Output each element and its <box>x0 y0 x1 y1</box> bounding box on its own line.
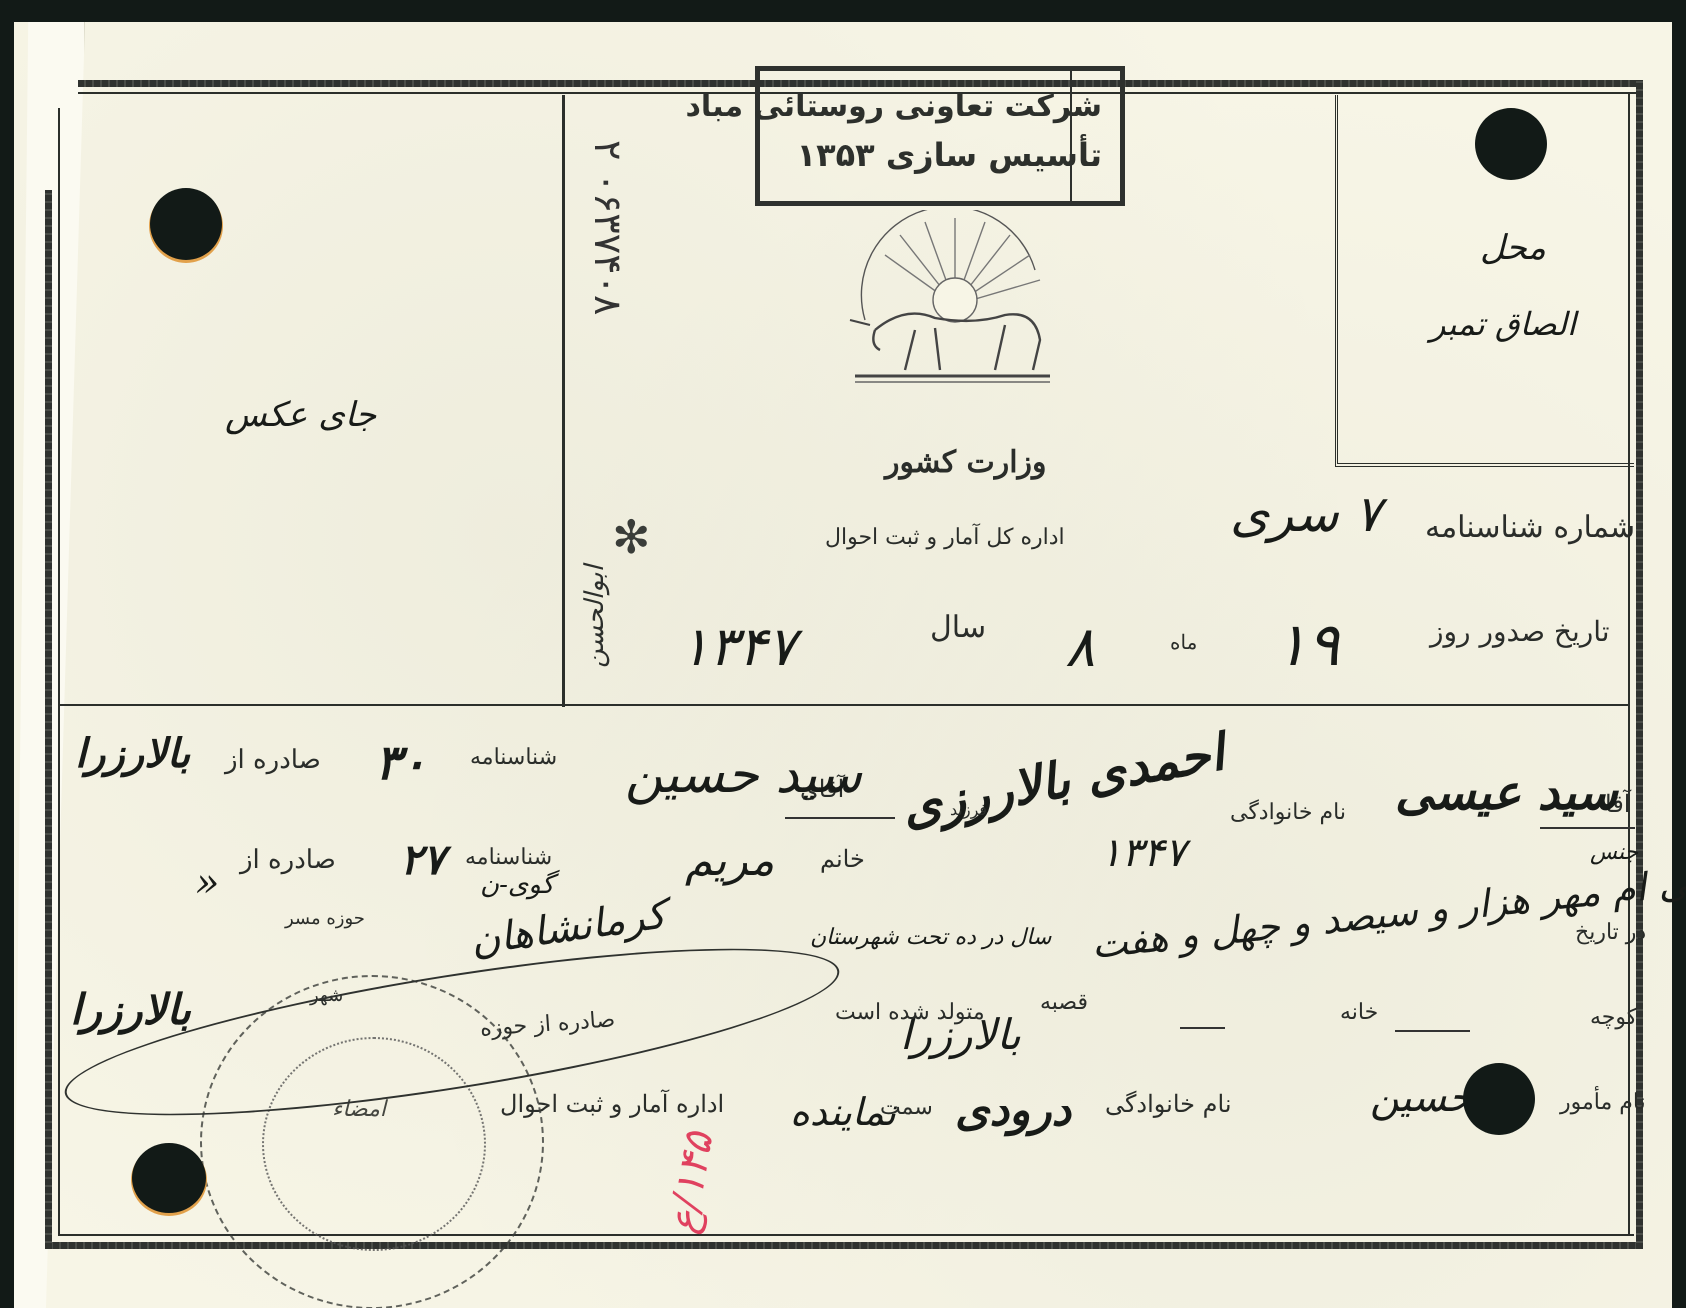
house-blank <box>1180 1027 1225 1029</box>
photo-column-divider <box>562 95 565 707</box>
stamp-area-label-2: الصاق تمبر <box>1430 305 1576 343</box>
father-issued-place: بالارزرا <box>75 730 190 777</box>
born-label: متولد شده است <box>835 1000 985 1025</box>
name-underline <box>1540 827 1635 829</box>
district-value: گوی-ن <box>480 870 554 900</box>
cooperative-stamp-line2: تأسیس سازی ۱۳۵۳ <box>770 129 1102 181</box>
village-label: قصبه <box>1040 990 1088 1015</box>
gender-mark: جنس <box>1590 840 1638 865</box>
cooperative-stamp: شرکت تعاونی روستائی مباد تأسیس سازی ۱۳۵۳ <box>755 66 1125 206</box>
mother-title-label: خانم <box>820 845 865 873</box>
house-label: خانه <box>1340 1000 1378 1025</box>
punch-hole-bottom-right <box>1463 1063 1535 1135</box>
issue-month: ۸ <box>1065 615 1095 680</box>
officer-name: حسین <box>1370 1075 1473 1121</box>
street-label: کوچه <box>1590 1005 1637 1030</box>
birth-date-label: در تاریخ <box>1575 920 1646 945</box>
city-value: بالارزرا <box>70 985 191 1034</box>
department-title: اداره کل آمار و ثبت احوال <box>825 525 1065 550</box>
certificate-number-label: شماره شناسنامه <box>1425 510 1635 545</box>
photo-area-label: جای عکس <box>225 395 376 435</box>
father-underline <box>785 817 895 819</box>
street-blank <box>1395 1030 1470 1032</box>
cooperative-stamp-line1: شرکت تعاونی روستائی مباد <box>770 85 1102 129</box>
punch-hole-bottom-left <box>132 1143 206 1213</box>
father-name: سید حسین <box>625 745 862 805</box>
ministry-title: وزارت کشور <box>885 445 1047 480</box>
inner-border-left <box>58 108 60 1236</box>
section-divider <box>58 704 1630 706</box>
birth-place-text: سال در ده تحت شهرستان <box>810 925 1051 950</box>
family-name-label: نام خانوادگی <box>1230 800 1346 825</box>
serial-number: ۲ ۰۶۳۷۴۰۸ <box>580 140 630 460</box>
mother-issued-label: صادره از <box>240 845 336 875</box>
issue-year: ۱۳۴۷ <box>680 615 796 678</box>
holder-first-name: سید عیسی <box>1395 765 1618 821</box>
father-id-label: شناسنامه <box>470 745 557 770</box>
month-label: ماه <box>1170 630 1197 654</box>
mother-id-value: ۲۷ <box>400 835 445 884</box>
lion-and-sun-emblem-icon <box>845 210 1055 390</box>
year-label: سال <box>930 610 986 645</box>
father-issued-label: صادره از <box>225 745 321 775</box>
certificate-number-value: ۷ سری <box>1230 485 1381 543</box>
asterisk-ornament-icon: ✻ <box>612 510 651 564</box>
outer-border-left <box>45 190 52 1249</box>
issue-date-label: تاریخ صدور روز <box>1430 615 1610 648</box>
vertical-signature: ابوالحسن <box>580 565 610 668</box>
outer-border-right <box>1636 80 1643 1249</box>
mother-name: مریم <box>685 835 774 886</box>
stamp-divider <box>1070 71 1072 201</box>
area-label: حوزه مسر <box>285 908 365 929</box>
father-id-value: ۳۰ <box>375 735 427 791</box>
mother-id-label: شناسنامه <box>465 845 552 870</box>
birth-year: ۱۳۴۷ <box>1100 830 1186 876</box>
officer-family-label: نام خانوادگی <box>1105 1090 1232 1118</box>
punch-hole-top-left <box>150 188 222 260</box>
mother-issued-place: « <box>195 860 219 906</box>
punch-hole-top-right <box>1475 108 1547 180</box>
issue-day: ۱۹ <box>1275 610 1339 680</box>
child-of-label: فرزند <box>950 800 987 819</box>
officer-title: نماینده <box>790 1090 896 1134</box>
officer-label: نام مأمور <box>1560 1090 1646 1115</box>
stamp-area-label-1: محل <box>1480 228 1546 268</box>
officer-family-name: درودی <box>955 1085 1071 1136</box>
